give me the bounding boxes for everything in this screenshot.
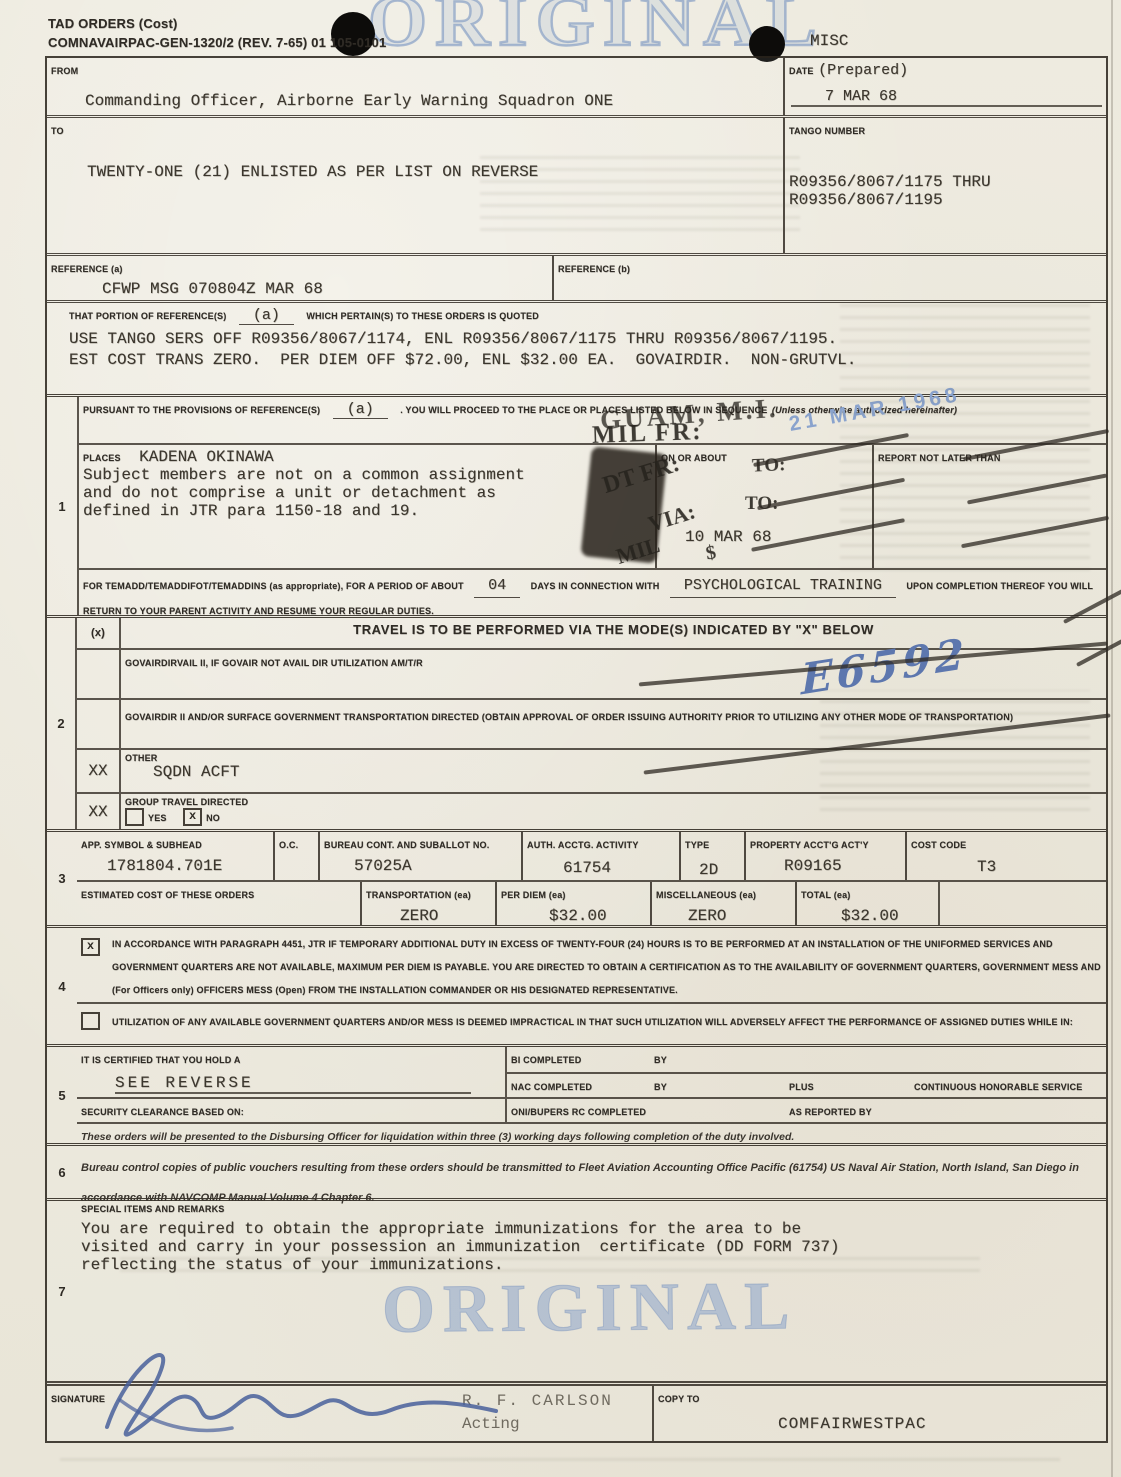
page-edge (1111, 0, 1113, 1477)
orders-form: FROM Commanding Officer, Airborne Early … (45, 56, 1108, 1443)
tango-line2: R09356/8067/1195 (789, 191, 1102, 209)
certified-label: IT IS CERTIFIED THAT YOU HOLD A (81, 1055, 241, 1065)
quoted-cell: THAT PORTION OF REFERENCE(S) (a) WHICH P… (47, 303, 1106, 372)
plus-label: PLUS (789, 1082, 814, 1092)
quoted-label-post: WHICH PERTAIN(S) TO THESE ORDERS IS QUOT… (306, 311, 539, 321)
temadd-pre: FOR TEMADD/TEMADDIFOT/TEMADDINS (as appr… (83, 581, 464, 591)
copy-to-label: COPY TO (658, 1394, 700, 1404)
other-mode-row: XX OTHER SQDN ACFT (77, 748, 1106, 792)
places-note3: defined in JTR para 1150-18 and 19. (83, 502, 651, 520)
other-mode-mark: XX (88, 762, 107, 780)
quoted-label-pre: THAT PORTION OF REFERENCE(S) (69, 311, 226, 321)
quoted-line1: USE TANGO SERS OFF R09356/8067/1174, ENL… (69, 330, 1102, 348)
section-6-number: 6 (58, 1165, 65, 1180)
miscellaneous-value: ZERO (688, 907, 791, 925)
type-value: 2D (699, 861, 740, 879)
estimated-cost-label: ESTIMATED COST OF THESE ORDERS (81, 890, 254, 900)
quarters-impractical-checkbox (81, 1012, 100, 1030)
to-value: TWENTY-ONE (21) ENLISTED AS PER LIST ON … (87, 163, 538, 181)
per-diem-value: $32.00 (549, 907, 646, 925)
bleed-through (60, 1450, 1060, 1470)
quoted-row: THAT PORTION OF REFERENCE(S) (a) WHICH P… (47, 300, 1106, 394)
section-6: 6 Bureau control copies of public vouche… (47, 1143, 1106, 1198)
from-label: FROM (51, 66, 78, 76)
bureau-label: BUREAU CONT. AND SUBALLOT NO. (324, 840, 489, 850)
copy-to-cell: COPY TO COMFAIRWESTPAC (652, 1386, 1106, 1441)
bureau-copies-text: Bureau control copies of public vouchers… (81, 1162, 1079, 1204)
tango-line1: R09356/8067/1175 THRU (789, 173, 1102, 191)
govairdir-text: GOVAIRDIR II AND/OR SURFACE GOVERNMENT T… (125, 712, 1013, 722)
remarks-line2: visited and carry in your possession an … (81, 1238, 1102, 1256)
oni-row: ONI/BUPERS RC COMPLETED AS REPORTED BY (507, 1097, 1106, 1122)
cost-row: ESTIMATED COST OF THESE ORDERS TRANSPORT… (77, 880, 1106, 925)
nac-by-label: BY (654, 1082, 667, 1092)
security-clearance-cell: SECURITY CLEARANCE BASED ON: (77, 1097, 505, 1122)
signature (82, 1332, 512, 1450)
bi-label: BI COMPLETED (511, 1055, 581, 1065)
type-label: TYPE (685, 840, 709, 850)
places-note2: and do not comprise a unit or detachment… (83, 484, 651, 502)
section-5-number: 5 (58, 1088, 65, 1103)
security-clearance-label: SECURITY CLEARANCE BASED ON: (81, 1107, 244, 1117)
certified-value: SEE REVERSE (115, 1074, 471, 1094)
continuous-service-label: CONTINUOUS HONORABLE SERVICE (914, 1082, 1082, 1092)
accounting-row: APP. SYMBOL & SUBHEAD1781804.701E O.C. B… (77, 832, 1106, 880)
tango-label: TANGO NUMBER (789, 126, 865, 136)
from-cell: FROM Commanding Officer, Airborne Early … (47, 58, 783, 115)
to-cell: TO TWENTY-ONE (21) ENLISTED AS PER LIST … (47, 118, 783, 253)
form-title: TAD ORDERS (Cost) (48, 16, 386, 31)
date-label: DATE (789, 66, 814, 76)
special-items-label: SPECIAL ITEMS AND REMARKS (81, 1204, 1102, 1214)
reference-row: REFERENCE (a) CFWP MSG 070804Z MAR 68 RE… (47, 253, 1106, 300)
group-travel-mark: XX (88, 803, 107, 821)
bi-row: BI COMPLETED BY (507, 1047, 1106, 1072)
property-label: PROPERTY ACCT'G ACT'Y (750, 840, 869, 850)
yes-checkbox (125, 808, 144, 826)
section-3: 3 APP. SYMBOL & SUBHEAD1781804.701E O.C.… (47, 829, 1106, 925)
app-symbol-value: 1781804.701E (107, 857, 269, 875)
report-not-later-cell: REPORT NOT LATER THAN (872, 445, 1106, 568)
other-mode-label: OTHER (125, 753, 1102, 763)
group-travel-row: XX GROUP TRAVEL DIRECTED YES xNO (77, 792, 1106, 829)
x-column-header: (x) (91, 627, 105, 639)
places-note1: Subject members are not on a common assi… (83, 466, 651, 484)
app-symbol-label: APP. SYMBOL & SUBHEAD (81, 840, 202, 850)
quarters-impractical-text: UTILIZATION OF ANY AVAILABLE GOVERNMENT … (112, 1017, 1073, 1027)
transportation-label: TRANSPORTATION (ea) (366, 890, 471, 900)
to-tango-row: TO TWENTY-ONE (21) ENLISTED AS PER LIST … (47, 115, 1106, 253)
bureau-value: 57025A (354, 857, 517, 875)
misc-tag: MISC (810, 32, 848, 50)
oc-label: O.C. (279, 840, 298, 850)
total-label: TOTAL (ea) (801, 890, 851, 900)
date-cell: DATE (Prepared) 7 MAR 68 (783, 58, 1106, 115)
section-5: 5 IT IS CERTIFIED THAT YOU HOLD A SEE RE… (47, 1044, 1106, 1143)
quarters-cert-row: x IN ACCORDANCE WITH PARAGRAPH 4451, JTR… (77, 928, 1106, 1002)
other-mode-value: SQDN ACFT (153, 763, 1102, 781)
oni-label: ONI/BUPERS RC COMPLETED (511, 1107, 646, 1117)
quarters-impractical-row: UTILIZATION OF ANY AVAILABLE GOVERNMENT … (77, 1002, 1106, 1044)
reference-a-value: CFWP MSG 070804Z MAR 68 (102, 280, 323, 298)
quarters-cert-checkbox: x (81, 938, 100, 956)
cost-code-label: COST CODE (911, 840, 966, 850)
liquidation-note: These orders will be presented to the Di… (81, 1131, 794, 1143)
bi-by-label: BY (654, 1055, 667, 1065)
reference-a-label: REFERENCE (a) (51, 264, 123, 274)
section-4-number: 4 (58, 979, 65, 994)
temadd-mid: DAYS IN CONNECTION WITH (531, 581, 660, 591)
remarks-line1: You are required to obtain the appropria… (81, 1220, 1102, 1238)
per-diem-label: PER DIEM (ea) (501, 890, 566, 900)
tango-cell: TANGO NUMBER R09356/8067/1175 THRU R0935… (783, 118, 1106, 253)
pursuant-pre: PURSUANT TO THE PROVISIONS OF REFERENCE(… (83, 405, 320, 415)
bureau-copies-row: Bureau control copies of public vouchers… (77, 1146, 1106, 1198)
section-4: 4 x IN ACCORDANCE WITH PARAGRAPH 4451, J… (47, 925, 1106, 1044)
section-7-number: 7 (58, 1284, 65, 1299)
section-3-number: 3 (58, 871, 65, 886)
cost-code-value: T3 (977, 858, 1102, 876)
section-1: 1 PURSUANT TO THE PROVISIONS OF REFERENC… (47, 394, 1106, 615)
auth-acctg-value: 61754 (563, 859, 675, 877)
nac-row: NAC COMPLETED BY PLUS CONTINUOUS HONORAB… (507, 1072, 1106, 1097)
govairdir-row: GOVAIRDIR II AND/OR SURFACE GOVERNMENT T… (77, 698, 1106, 748)
from-value: Commanding Officer, Airborne Early Warni… (85, 92, 613, 110)
no-checkbox: x (183, 808, 202, 826)
auth-acctg-label: AUTH. ACCTG. ACTIVITY (527, 840, 639, 850)
certified-cell: IT IS CERTIFIED THAT YOU HOLD A SEE REVE… (77, 1047, 505, 1097)
places-value: KADENA OKINAWA (139, 448, 273, 466)
form-header: TAD ORDERS (Cost) COMNAVAIRPAC-GEN-1320/… (48, 16, 386, 50)
reference-a-cell: REFERENCE (a) CFWP MSG 070804Z MAR 68 (47, 256, 552, 300)
temadd-row: FOR TEMADD/TEMADDIFOT/TEMADDINS (as appr… (79, 568, 1106, 615)
nac-label: NAC COMPLETED (511, 1082, 592, 1092)
travel-mode-title: TRAVEL IS TO BE PERFORMED VIA THE MODE(S… (353, 622, 874, 637)
on-or-about-date: 10 MAR 68 (685, 528, 771, 546)
form-number: COMNAVAIRPAC-GEN-1320/2 (REV. 7-65) 01 1… (48, 35, 386, 50)
temadd-days: 04 (474, 574, 520, 598)
temadd-duty: PSYCHOLOGICAL TRAINING (670, 574, 896, 598)
total-value: $32.00 (841, 907, 934, 925)
quarters-cert-text: IN ACCORDANCE WITH PARAGRAPH 4451, JTR I… (112, 939, 1101, 995)
no-label: NO (206, 813, 220, 823)
places-label: PLACES (83, 453, 121, 463)
copy-to-value: COMFAIRWESTPAC (778, 1415, 1102, 1433)
pursuant-ref: (a) (333, 401, 388, 419)
section-2-number: 2 (57, 716, 64, 731)
quoted-line2: EST COST TRANS ZERO. PER DIEM OFF $72.00… (69, 351, 1102, 369)
document-page: ORIGINAL ORIGINAL TAD ORDERS (Cost) COMN… (0, 0, 1121, 1477)
section-1-number: 1 (58, 499, 65, 514)
property-value: R09165 (784, 857, 901, 875)
govair-avail-text: GOVAIRDIRVAIL II, IF GOVAIR NOT AVAIL DI… (125, 658, 423, 668)
places-cell: PLACES KADENA OKINAWA Subject members ar… (79, 445, 655, 568)
reference-b-cell: REFERENCE (b) (552, 256, 1106, 300)
reference-b-label: REFERENCE (b) (558, 264, 630, 274)
yes-label: YES (148, 813, 167, 823)
mil-fr-stamp: MIL FR: (592, 418, 703, 450)
from-date-row: FROM Commanding Officer, Airborne Early … (47, 58, 1106, 115)
remarks-line3: reflecting the status of your immunizati… (81, 1256, 1102, 1274)
transportation-value: ZERO (400, 907, 491, 925)
to-label: TO (51, 126, 64, 136)
quoted-ref: (a) (239, 307, 294, 325)
date-prepared: (Prepared) (818, 62, 908, 79)
miscellaneous-label: MISCELLANEOUS (ea) (656, 890, 756, 900)
liquidation-note-row: These orders will be presented to the Di… (77, 1122, 1106, 1143)
date-value: 7 MAR 68 (791, 88, 1102, 107)
as-reported-label: AS REPORTED BY (789, 1107, 872, 1117)
group-travel-label: GROUP TRAVEL DIRECTED (125, 797, 1102, 807)
